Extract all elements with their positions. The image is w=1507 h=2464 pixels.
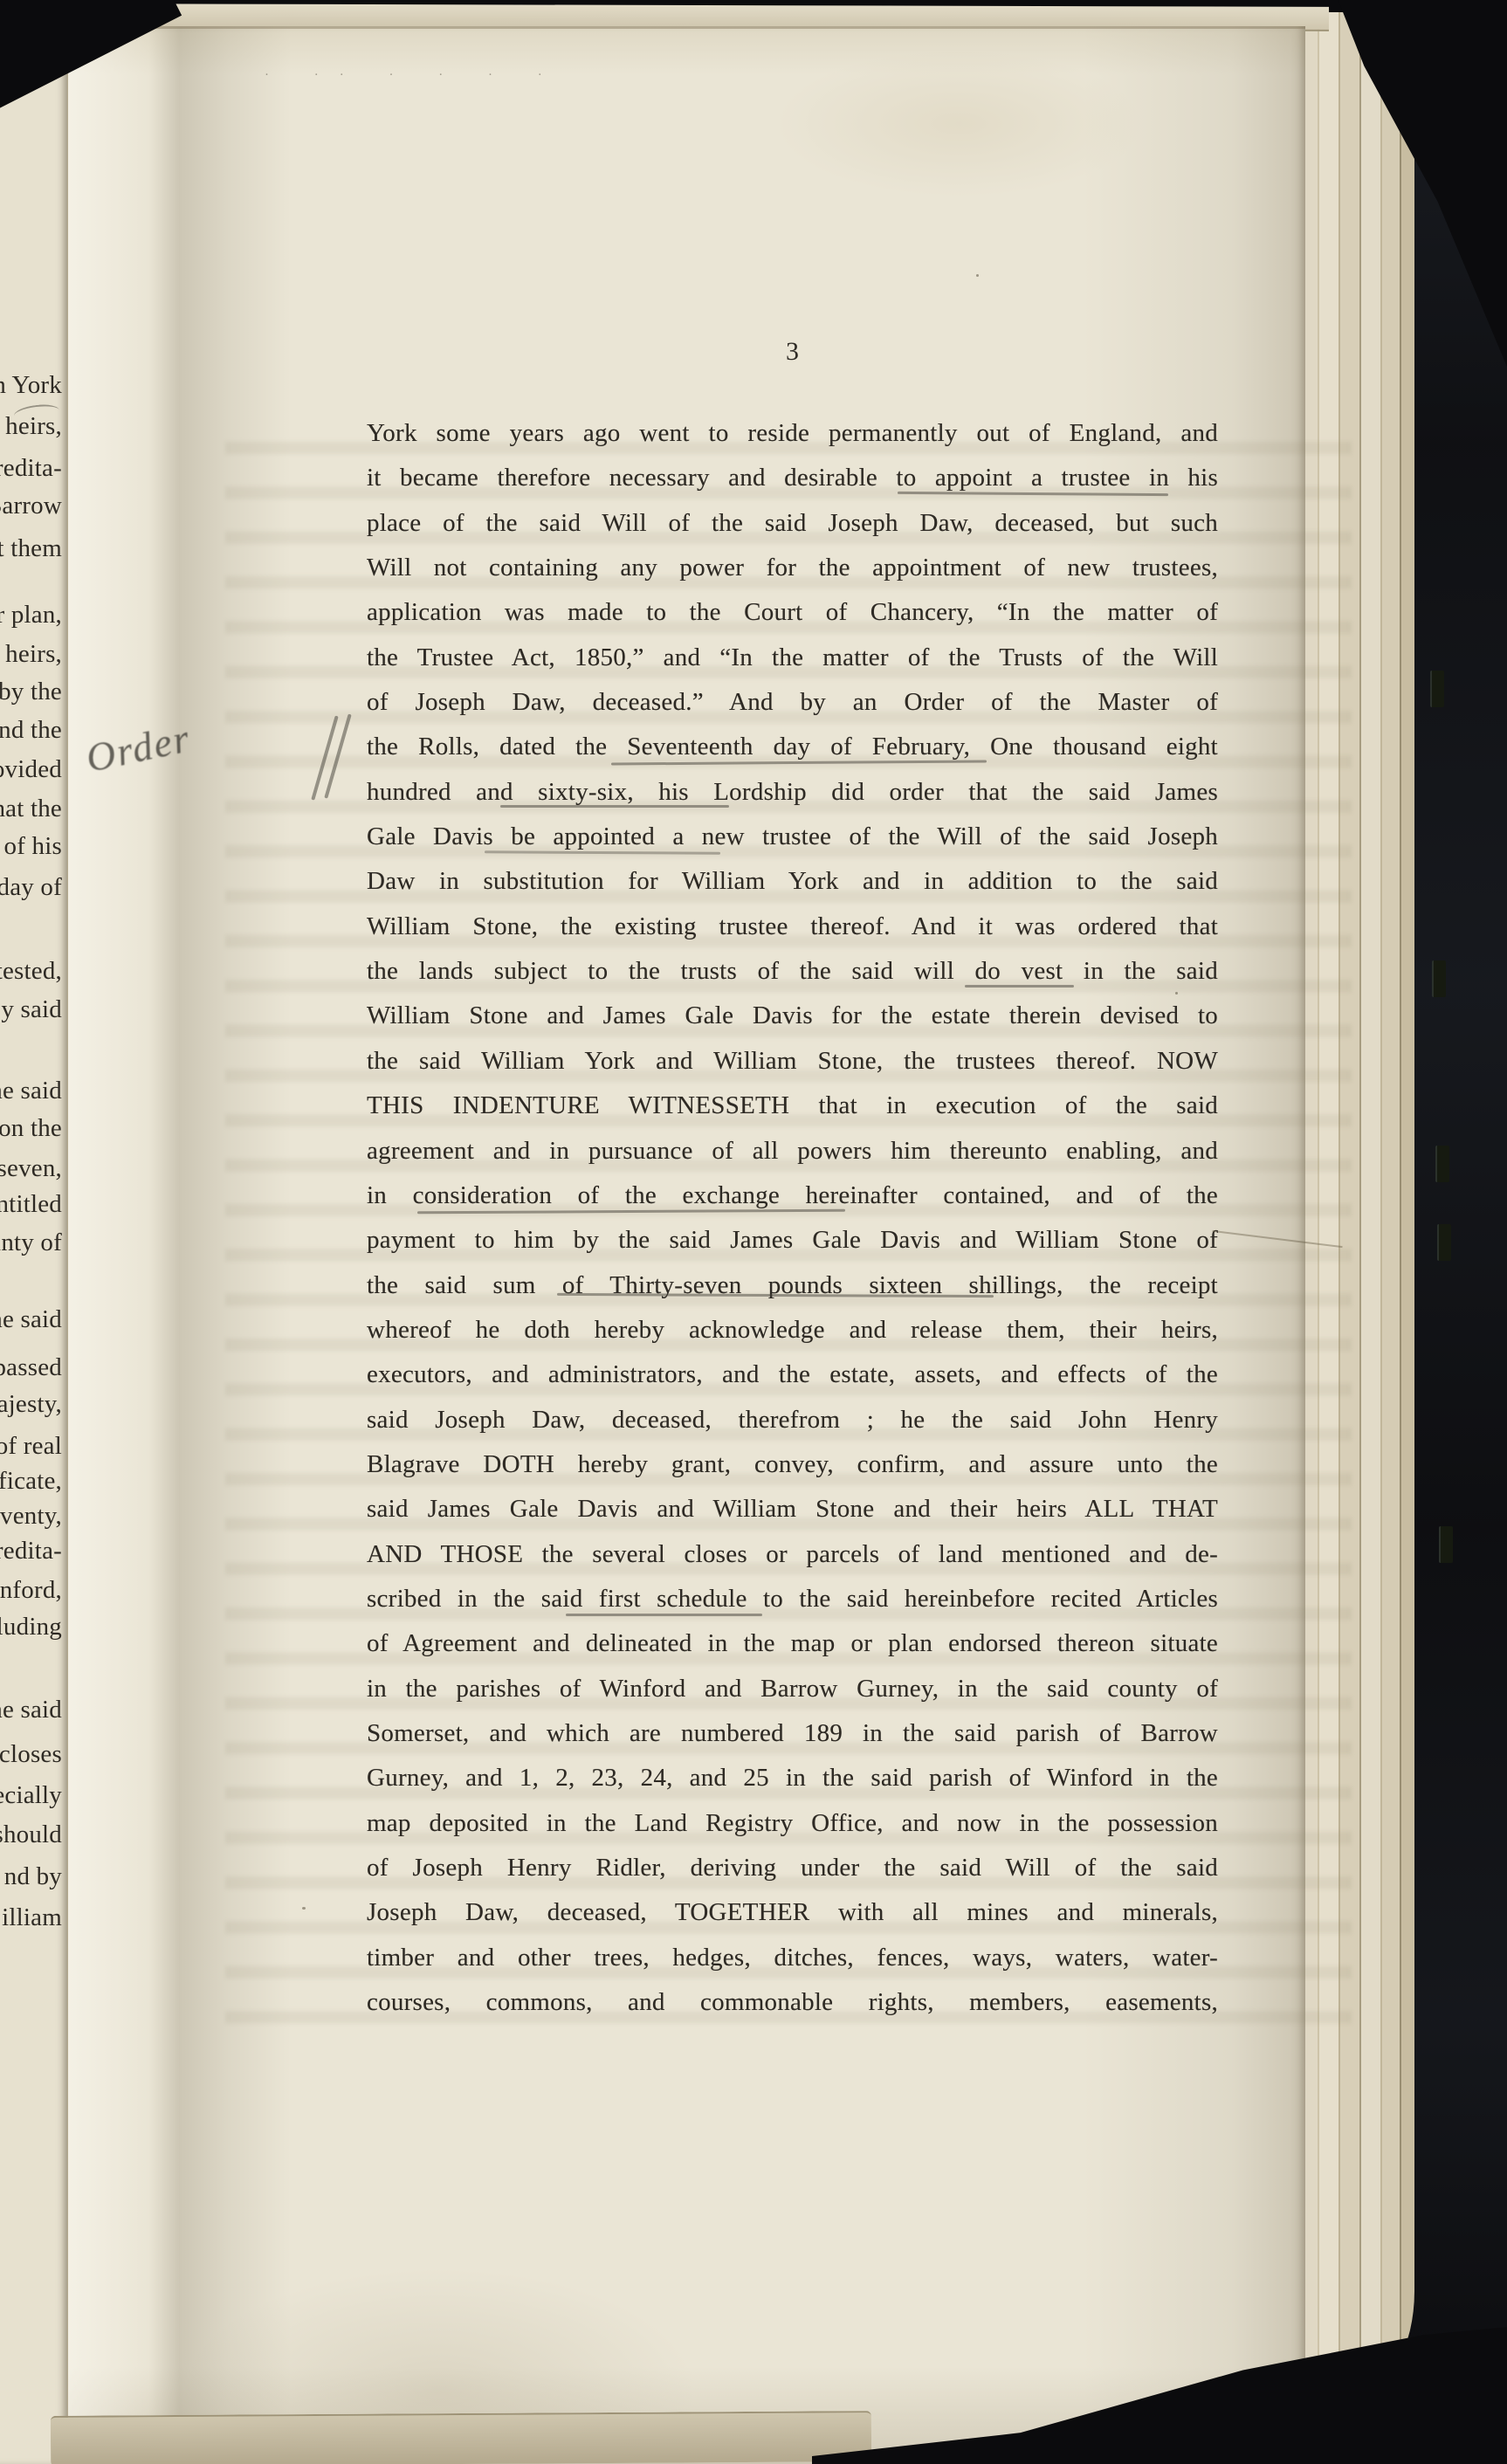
binding-stitch-mark — [1439, 1526, 1453, 1563]
text-line: Joseph Daw, deceased, TOGETHER with all … — [367, 1890, 1218, 1935]
prev-page-fragment: illiam — [2, 1903, 62, 1932]
text-line: said Joseph Daw, deceased, therefrom ; h… — [367, 1398, 1218, 1442]
paper-speck — [1175, 992, 1178, 995]
prev-page-fragment: st them — [0, 534, 62, 563]
text-line: William Stone and James Gale Davis for t… — [367, 994, 1218, 1038]
text-line: place of the said Will of the said Josep… — [367, 501, 1218, 546]
text-line: Will not containing any power for the ap… — [367, 546, 1218, 590]
prev-page-fragment: m York — [0, 371, 62, 400]
prev-page-fragment: he said — [0, 1696, 62, 1724]
prev-page-fragment: eredita- — [0, 454, 62, 483]
prev-page-fragment: or plan, — [0, 601, 62, 630]
prev-page-fragment: eventy, — [0, 1502, 62, 1531]
page-bottom-edge — [51, 2411, 871, 2464]
binding-stitch-mark — [1435, 1146, 1449, 1182]
prev-page-fragment: by the — [0, 678, 62, 706]
prev-page-fragment: passed — [0, 1353, 62, 1382]
text-line: Daw in substitution for William York and… — [367, 859, 1218, 904]
text-line: whereof he doth hereby acknowledge and r… — [367, 1308, 1218, 1352]
text-line: application was made to the Court of Cha… — [367, 590, 1218, 635]
prev-page-fragment: rovided — [0, 755, 62, 784]
text-line: the said William York and William Stone,… — [367, 1039, 1218, 1084]
prev-page-fragment: ntitled — [0, 1190, 62, 1219]
handwritten-margin-note: Order — [82, 714, 195, 781]
prev-page-fragment: unty of — [0, 1229, 62, 1257]
text-line: said James Gale Davis and William Stone … — [367, 1487, 1218, 1531]
prev-page-fragment: s of his — [0, 832, 62, 861]
paper-speck — [976, 274, 979, 277]
prev-page-fragment: ttested, — [0, 957, 62, 986]
binding-stitch-mark — [1437, 1224, 1451, 1261]
prev-page-fragment: ificate, — [0, 1467, 62, 1496]
pencil-underline — [566, 1614, 762, 1616]
book-photograph: m Yorkhe heirs,eredita-Barrowst themor p… — [0, 0, 1507, 2464]
prev-page-fragment: closes — [0, 1740, 62, 1769]
prev-page-fragment: of real — [0, 1432, 62, 1461]
prev-page-fragment: luding — [0, 1613, 62, 1642]
text-line: of Joseph Henry Ridler, deriving under t… — [367, 1846, 1218, 1890]
text-line: timber and other trees, hedges, ditches,… — [367, 1936, 1218, 1980]
text-line: the lands subject to the trusts of the s… — [367, 949, 1218, 994]
prev-page-fragment: inford, — [0, 1576, 62, 1605]
text-line: agreement and in pursuance of all powers… — [367, 1129, 1218, 1173]
text-line: payment to him by the said James Gale Da… — [367, 1218, 1218, 1263]
text-line: York some years ago went to reside perma… — [367, 411, 1218, 456]
text-line: in the parishes of Winford and Barrow Gu… — [367, 1667, 1218, 1711]
paper-speck — [302, 1907, 306, 1910]
faint-dots: · ·· · · · · — [265, 68, 563, 83]
prev-page-fragment: and the — [0, 716, 62, 745]
document-page: · ·· · · · · 3 York some years ago went … — [68, 26, 1305, 2464]
prev-page-fragment: by said — [0, 995, 62, 1024]
prev-page-fragment: he heirs, — [0, 412, 62, 441]
previous-page-strip: m Yorkhe heirs,eredita-Barrowst themor p… — [0, 24, 68, 2464]
prev-page-fragment: redita- — [0, 1537, 62, 1566]
body-text: York some years ago went to reside perma… — [367, 411, 1218, 2025]
text-line: executors, and administrators, and the e… — [367, 1352, 1218, 1397]
text-line: the said sum of Thirty-seven pounds sixt… — [367, 1263, 1218, 1308]
binding-stitch-mark — [1430, 671, 1444, 707]
text-line: map deposited in the Land Registry Offic… — [367, 1801, 1218, 1846]
prev-page-fragment: ecially — [0, 1781, 62, 1810]
text-line: of Joseph Daw, deceased.” And by an Orde… — [367, 680, 1218, 725]
prev-page-fragment: he said — [0, 1077, 62, 1105]
text-line: THIS INDENTURE WITNESSETH that in execut… — [367, 1084, 1218, 1128]
prev-page-fragment: Barrow — [0, 492, 62, 520]
binding-stitch-mark — [1432, 960, 1446, 997]
prev-page-fragment: lajesty, — [0, 1390, 62, 1419]
pencil-underline — [965, 985, 1074, 988]
text-line: Gurney, and 1, 2, 23, 24, and 25 in the … — [367, 1756, 1218, 1800]
text-line: William Stone, the existing trustee ther… — [367, 905, 1218, 949]
text-line: hundred and sixty-six, his Lordship did … — [367, 770, 1218, 815]
text-line: the Trustee Act, 1850,” and “In the matt… — [367, 636, 1218, 680]
page-number: 3 — [367, 337, 1218, 367]
prev-page-fragment: he said — [0, 1305, 62, 1334]
text-line: scribed in the said first schedule to th… — [367, 1577, 1218, 1621]
prev-page-fragment: e heirs, — [0, 640, 62, 669]
text-line: courses, commons, and commonable rights,… — [367, 1980, 1218, 2025]
paper-speck — [559, 473, 562, 477]
prev-page-fragment: -seven, — [0, 1154, 62, 1183]
prev-page-fragment: day of — [0, 873, 62, 902]
text-line: Blagrave DOTH hereby grant, convey, conf… — [367, 1442, 1218, 1487]
prev-page-fragment: hat the — [0, 795, 62, 823]
prev-page-fragment: should — [0, 1820, 62, 1849]
text-line: Somerset, and which are numbered 189 in … — [367, 1711, 1218, 1756]
prev-page-fragment: nd by — [4, 1862, 62, 1891]
text-line: of Agreement and delineated in the map o… — [367, 1621, 1218, 1666]
prev-page-fragment: on the — [0, 1114, 62, 1143]
text-line: AND THOSE the several closes or parcels … — [367, 1532, 1218, 1577]
pencil-underline — [500, 805, 729, 808]
